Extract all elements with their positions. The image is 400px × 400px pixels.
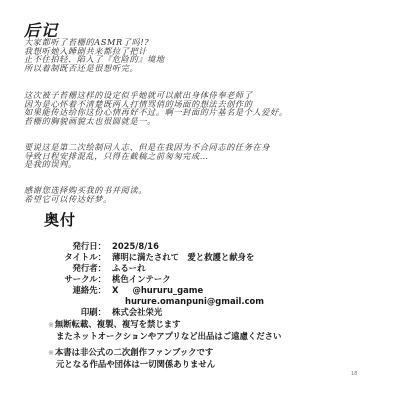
afterword-paragraph-3: 要说这是第二次绘制同人志、但是在我因为不合同志的任务在身 导致日程安排混乱，只得…	[24, 143, 270, 169]
info-row-contact-email: hurure.omanpuni@gmail.com	[40, 296, 264, 307]
info-value: 薄明に満たされて 愛と救護と献身を	[112, 252, 254, 263]
info-label: 連絡先：	[40, 285, 112, 296]
info-row-title: タイトル： 薄明に満たされて 愛と救護と献身を	[40, 252, 264, 263]
info-value: 株式会社栄光	[112, 307, 162, 318]
info-label: タイトル：	[40, 252, 112, 263]
page-number: 18	[351, 371, 357, 377]
notices: ※無断転載、複製、複写を禁じます またネットオークションやアプリなど出品はご遠慮…	[56, 319, 281, 375]
afterword-paragraph-2: 这次被子苔栅这样的设定似乎她就可以献出身体侍奉老师了 因为是心怀着不清楚既两人打…	[24, 91, 288, 125]
notice-line: 本書は非公式の二次創作ファンブックです	[55, 347, 213, 357]
notice-line: 無断転載、複製、複写を禁じます	[55, 319, 181, 329]
info-row-circle: サークル： 桃色インテーク	[40, 274, 264, 285]
info-row-publisher: 発行者： ふるーれ	[40, 263, 264, 274]
afterword-paragraph-1: 大家都听了苔栅的ASMR了吗!? 我想听她入睡剧共来都拉了把计 止不住拍轻、陷入…	[24, 38, 165, 72]
info-row-contact: 連絡先： X@hururu_game	[40, 285, 264, 296]
text-line: 希望它可以传达好梦。	[24, 195, 147, 204]
info-value: 桃色インテーク	[112, 274, 171, 285]
info-label: 発行日：	[40, 241, 112, 252]
info-label: 印刷：	[40, 307, 112, 318]
colophon-info: 発行日： 2025/8/16 タイトル： 薄明に満たされて 愛と救護と献身を 発…	[40, 241, 264, 318]
notice-line: 元となる作品や団体は一切関係ありません	[56, 359, 281, 370]
x-logo-icon: X	[112, 285, 118, 296]
info-value: 2025/8/16	[112, 241, 159, 252]
notice-line: またネットオークションやアプリなど出品はご遠慮ください	[56, 331, 281, 342]
info-label: サークル：	[40, 274, 112, 285]
reference-mark-icon: ※	[48, 321, 54, 329]
info-value: ふるーれ	[112, 263, 146, 274]
afterword-paragraph-4: 感谢您选择购买我的书并阅读。 希望它可以传达好梦。	[24, 186, 147, 203]
notice-copyright: ※無断転載、複製、複写を禁じます またネットオークションやアプリなど出品はご遠慮…	[56, 319, 281, 341]
info-row-printer: 印刷： 株式会社栄光	[40, 307, 264, 318]
info-row-date: 発行日： 2025/8/16	[40, 241, 264, 252]
contact-email: hurure.omanpuni@gmail.com	[112, 296, 264, 307]
reference-mark-icon: ※	[48, 349, 54, 357]
document-page: 后记 大家都听了苔栅的ASMR了吗!? 我想听她入睡剧共来都拉了把计 止不住拍轻…	[0, 0, 400, 400]
notice-unofficial: ※本書は非公式の二次創作ファンブックです 元となる作品や団体は一切関係ありません	[56, 347, 281, 369]
text-line: 苔栅的胸貌画貌太也很圆就是一。	[24, 117, 288, 126]
colophon-heading: 奥付	[44, 209, 76, 230]
text-line: 是我的误判。	[24, 160, 270, 169]
text-line: 所以着制既否还是很想听完。	[24, 64, 165, 73]
info-label: 発行者：	[40, 263, 112, 274]
x-handle: @hururu_game	[132, 285, 203, 296]
